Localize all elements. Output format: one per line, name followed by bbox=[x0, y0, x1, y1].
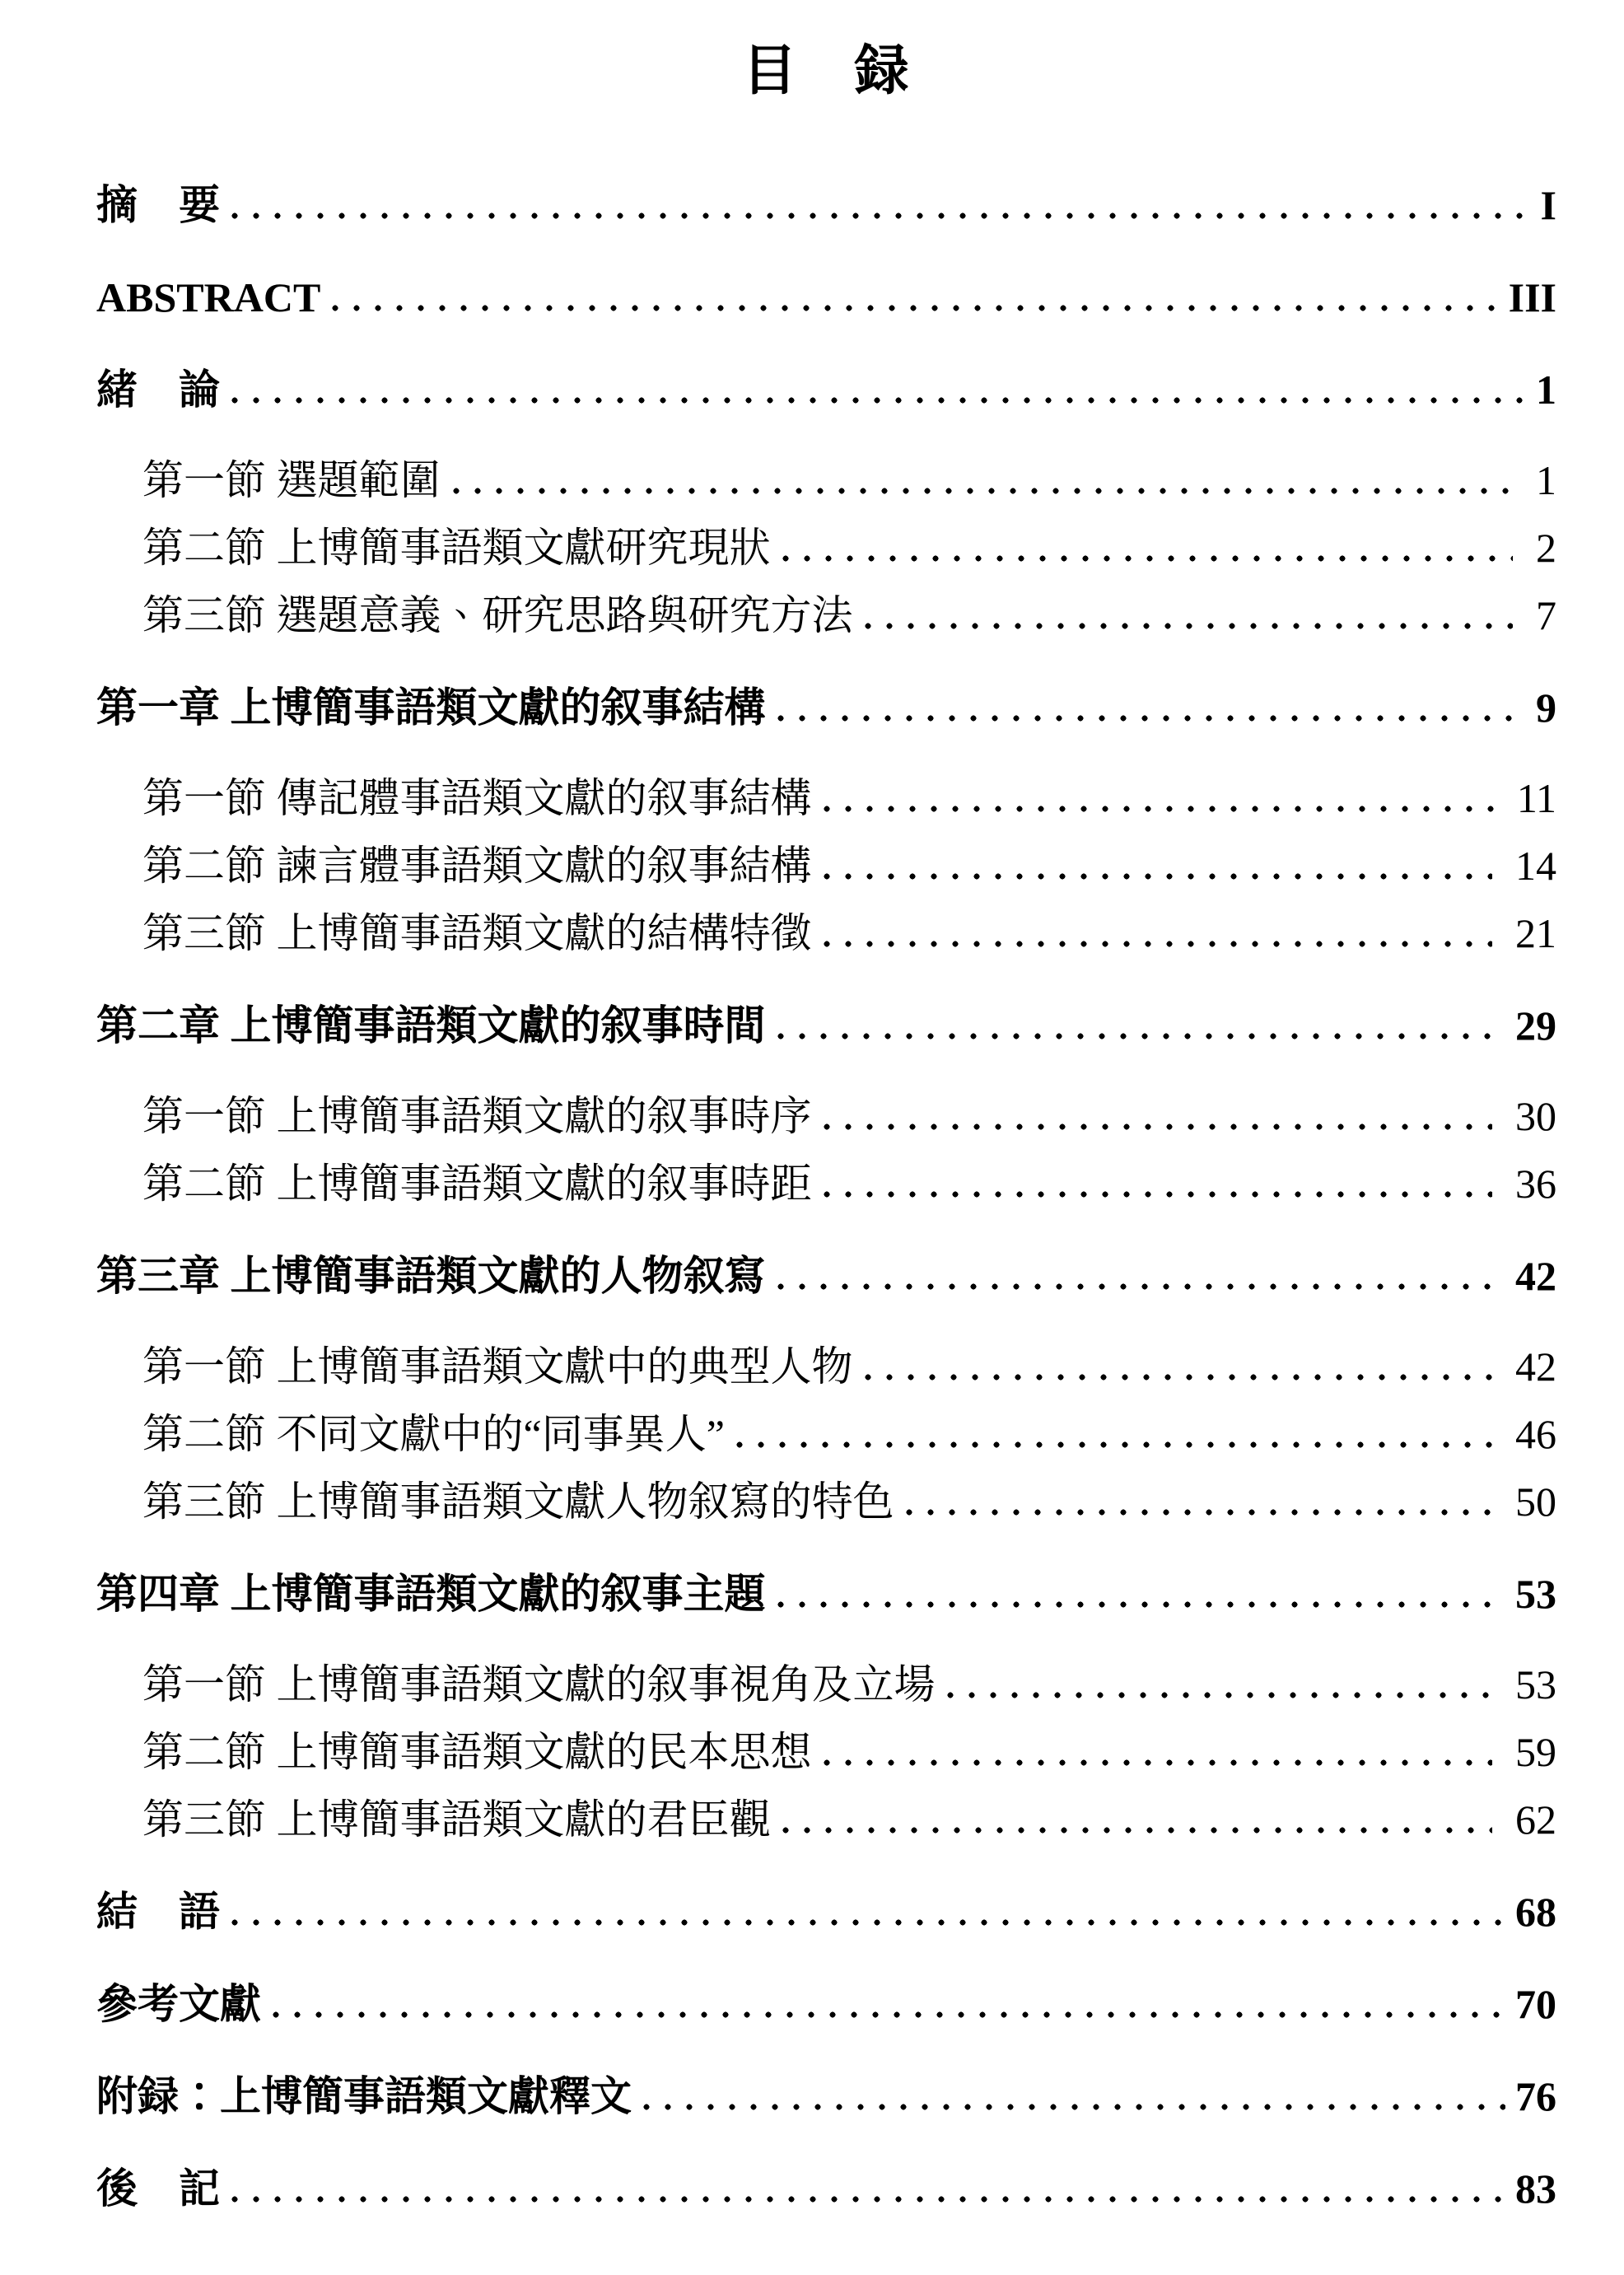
dot-leader bbox=[782, 554, 1514, 562]
dot-leader bbox=[777, 714, 1527, 722]
toc-entry: 第一節 上博簡事語類文獻中的典型人物 42 bbox=[96, 1333, 1556, 1400]
entry-label: 第三節 選題意義、研究思路與研究方法 bbox=[142, 582, 853, 649]
entry-label: 第一節 上博簡事語類文獻的叙事時序 bbox=[142, 1082, 812, 1150]
toc-entry: 第三節 上博簡事語類文獻人物叙寫的特色 50 bbox=[96, 1468, 1556, 1535]
entry-page-number: 53 bbox=[1515, 1560, 1556, 1628]
entry-label: ABSTRACT bbox=[96, 264, 320, 331]
dot-leader bbox=[736, 1441, 1492, 1448]
entry-label: 參考文獻 bbox=[96, 1970, 261, 2038]
entry-page-number: 1 bbox=[1536, 356, 1556, 423]
entry-label: 第一章 上博簡事語類文獻的叙事結構 bbox=[96, 674, 766, 741]
dot-leader bbox=[643, 2103, 1505, 2110]
dot-leader bbox=[824, 872, 1493, 880]
toc-entry: 第二節 上博簡事語類文獻的叙事時距 36 bbox=[96, 1150, 1556, 1217]
entry-page-number: 36 bbox=[1515, 1150, 1556, 1217]
dot-leader bbox=[824, 940, 1493, 947]
entry-label: 第二節 上博簡事語類文獻研究現狀 bbox=[142, 514, 771, 582]
entry-label: 第二節 不同文獻中的“同事異人” bbox=[142, 1400, 725, 1468]
toc-entry: ABSTRACT III bbox=[96, 264, 1556, 331]
dot-leader bbox=[824, 1759, 1493, 1766]
toc-list: 摘 要 I ABSTRACT III 緒 論 1 第一節 選題範圍 1 第二節 … bbox=[96, 171, 1556, 2222]
entry-label: 第一節 上博簡事語類文獻的叙事視角及立場 bbox=[142, 1651, 936, 1718]
dot-leader bbox=[777, 1600, 1506, 1608]
entry-page-number: 7 bbox=[1536, 582, 1556, 649]
dot-leader bbox=[947, 1691, 1493, 1698]
entry-page-number: 1 bbox=[1536, 446, 1556, 514]
toc-entry: 第一章 上博簡事語類文獻的叙事結構 9 bbox=[96, 674, 1556, 741]
entry-page-number: 21 bbox=[1515, 899, 1556, 967]
toc-entry: 第一節 選題範圍 1 bbox=[96, 446, 1556, 514]
entry-label: 第四章 上博簡事語類文獻的叙事主題 bbox=[96, 1560, 766, 1628]
toc-entry: 參考文獻 70 bbox=[96, 1970, 1556, 2038]
toc-entry: 第三節 上博簡事語類文獻的君臣觀 62 bbox=[96, 1786, 1556, 1853]
dot-leader bbox=[231, 212, 1531, 219]
toc-entry: 附録：上博簡事語類文獻釋文 76 bbox=[96, 2062, 1556, 2130]
entry-label: 摘 要 bbox=[96, 171, 220, 239]
entry-label: 緒 論 bbox=[96, 356, 220, 423]
entry-label: 結 語 bbox=[96, 1878, 220, 1946]
dot-leader bbox=[231, 396, 1526, 404]
entry-page-number: 53 bbox=[1515, 1651, 1556, 1718]
toc-entry: 結 語 68 bbox=[96, 1878, 1556, 1946]
toc-entry: 第三章 上博簡事語類文獻的人物叙寫 42 bbox=[96, 1242, 1556, 1310]
toc-entry: 第三節 選題意義、研究思路與研究方法 7 bbox=[96, 582, 1556, 649]
entry-label: 第一節 上博簡事語類文獻中的典型人物 bbox=[142, 1333, 853, 1400]
entry-page-number: 14 bbox=[1515, 832, 1556, 899]
entry-label: 後 記 bbox=[96, 2155, 220, 2222]
page-title: 目 録 bbox=[96, 30, 1556, 114]
entry-page-number: 9 bbox=[1536, 674, 1556, 741]
toc-entry: 第二節 上博簡事語類文獻的民本思想 59 bbox=[96, 1718, 1556, 1786]
entry-label: 第三節 上博簡事語類文獻的君臣觀 bbox=[142, 1786, 771, 1853]
entry-page-number: 68 bbox=[1515, 1878, 1556, 1946]
dot-leader bbox=[332, 304, 1498, 311]
dot-leader bbox=[824, 1190, 1493, 1198]
entry-label: 第一節 選題範圍 bbox=[142, 446, 441, 514]
entry-page-number: 11 bbox=[1517, 764, 1556, 832]
entry-page-number: 46 bbox=[1515, 1400, 1556, 1468]
entry-page-number: 29 bbox=[1515, 992, 1556, 1059]
toc-entry: 緒 論 1 bbox=[96, 356, 1556, 423]
entry-page-number: 83 bbox=[1515, 2155, 1556, 2222]
entry-label: 第三章 上博簡事語類文獻的人物叙寫 bbox=[96, 1242, 766, 1310]
entry-page-number: 42 bbox=[1515, 1333, 1556, 1400]
entry-label: 附録：上博簡事語類文獻釋文 bbox=[96, 2062, 632, 2130]
entry-label: 第三節 上博簡事語類文獻的結構特徵 bbox=[142, 899, 812, 967]
dot-leader bbox=[824, 1123, 1493, 1130]
entry-page-number: 59 bbox=[1515, 1718, 1556, 1786]
dot-leader bbox=[453, 487, 1514, 494]
entry-page-number: I bbox=[1541, 171, 1556, 239]
toc-entry: 第二章 上博簡事語類文獻的叙事時間 29 bbox=[96, 992, 1556, 1059]
entry-page-number: 70 bbox=[1515, 1970, 1556, 2038]
toc-entry: 後 記 83 bbox=[96, 2155, 1556, 2222]
dot-leader bbox=[865, 622, 1514, 629]
toc-entry: 第一節 上博簡事語類文獻的叙事時序 30 bbox=[96, 1082, 1556, 1150]
dot-leader bbox=[231, 1918, 1505, 1926]
dot-leader bbox=[273, 2011, 1505, 2018]
toc-entry: 第三節 上博簡事語類文獻的結構特徵 21 bbox=[96, 899, 1556, 967]
toc-entry: 第二節 諫言體事語類文獻的叙事結構 14 bbox=[96, 832, 1556, 899]
dot-leader bbox=[782, 1826, 1493, 1834]
entry-label: 第二節 上博簡事語類文獻的民本思想 bbox=[142, 1718, 812, 1786]
toc-entry: 第一節 上博簡事語類文獻的叙事視角及立場 53 bbox=[96, 1651, 1556, 1718]
toc-entry: 第一節 傳記體事語類文獻的叙事結構 11 bbox=[96, 764, 1556, 832]
entry-page-number: III bbox=[1509, 264, 1556, 331]
entry-page-number: 2 bbox=[1536, 514, 1556, 582]
dot-leader bbox=[777, 1032, 1506, 1039]
entry-page-number: 50 bbox=[1515, 1468, 1556, 1535]
entry-label: 第三節 上博簡事語類文獻人物叙寫的特色 bbox=[142, 1468, 894, 1535]
dot-leader bbox=[777, 1282, 1506, 1290]
entry-label: 第二章 上博簡事語類文獻的叙事時間 bbox=[96, 992, 766, 1059]
toc-entry: 第四章 上博簡事語類文獻的叙事主題 53 bbox=[96, 1560, 1556, 1628]
dot-leader bbox=[231, 2195, 1505, 2203]
entry-page-number: 30 bbox=[1515, 1082, 1556, 1150]
entry-label: 第二節 諫言體事語類文獻的叙事結構 bbox=[142, 832, 812, 899]
dot-leader bbox=[824, 805, 1494, 812]
entry-page-number: 76 bbox=[1515, 2062, 1556, 2130]
toc-entry: 第二節 上博簡事語類文獻研究現狀 2 bbox=[96, 514, 1556, 582]
entry-page-number: 42 bbox=[1515, 1242, 1556, 1310]
entry-page-number: 62 bbox=[1515, 1786, 1556, 1853]
toc-entry: 摘 要 I bbox=[96, 171, 1556, 239]
entry-label: 第一節 傳記體事語類文獻的叙事結構 bbox=[142, 764, 812, 832]
entry-label: 第二節 上博簡事語類文獻的叙事時距 bbox=[142, 1150, 812, 1217]
toc-document-page: 目 録 摘 要 I ABSTRACT III 緒 論 1 第一節 選題範圍 1 … bbox=[0, 0, 1624, 2275]
toc-entry: 第二節 不同文獻中的“同事異人” 46 bbox=[96, 1400, 1556, 1468]
dot-leader bbox=[865, 1373, 1493, 1380]
dot-leader bbox=[906, 1508, 1493, 1516]
